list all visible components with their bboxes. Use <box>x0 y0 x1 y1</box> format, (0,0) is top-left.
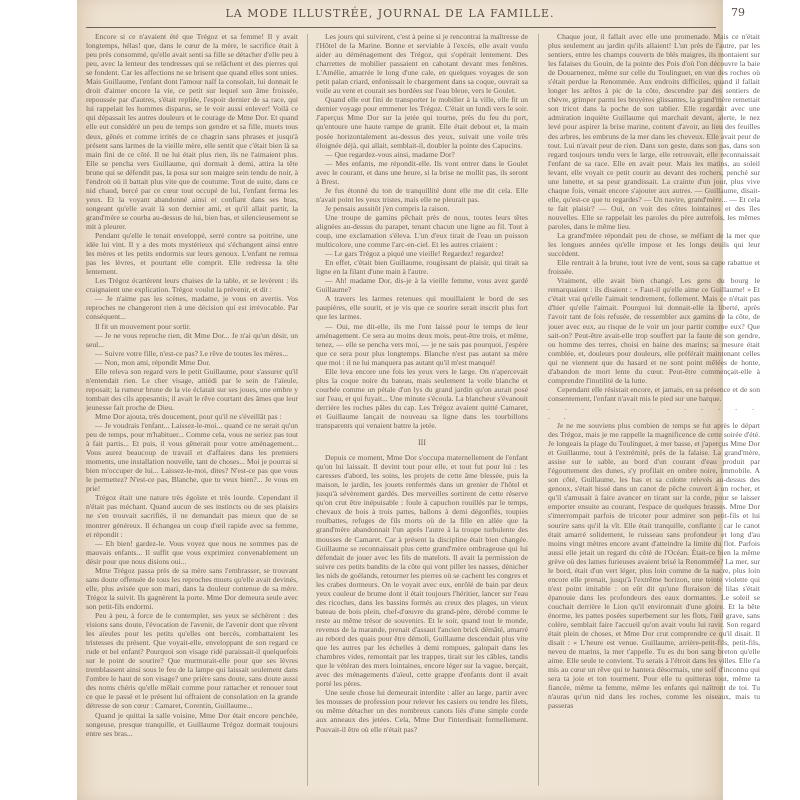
paragraph: Mme Dor ajouta, très doucement, pour qu'… <box>86 412 298 421</box>
paragraph: — Que regardez-vous ainsi, madame Dor? <box>316 150 528 159</box>
paragraph: En effet, c'était bien Guillaume, rougis… <box>316 258 528 276</box>
paragraph: Une seule chose lui demeurait interdite … <box>316 688 528 733</box>
paragraph: Pendant qu'elle le tenait enveloppé, ser… <box>86 231 298 276</box>
column-divider <box>307 34 308 786</box>
paragraph: La grand'mère répondait peu de chose, se… <box>548 231 760 258</box>
paragraph: — Je ne vous reproche rien, dit Mme Dor.… <box>86 331 298 349</box>
paragraph: — Suivre votre fille, n'est-ce pas? Le r… <box>86 349 298 358</box>
paragraph: Les jours qui suivirent, c'est à peine s… <box>316 32 528 95</box>
paragraph: — Je n'aime pas les scènes, madame, je v… <box>86 294 298 321</box>
section-heading: III <box>316 438 528 447</box>
paragraph: Je pensais aussitôt j'en compris la rais… <box>316 204 528 213</box>
paragraph: Chaque jour, il fallait avec elle une pr… <box>548 32 760 231</box>
paragraph: Peu à peu, à force de le contempler, ses… <box>86 611 298 711</box>
paragraph: — Le gars Trégoz a piqué une vieille! Re… <box>316 249 528 258</box>
paragraph: Elle leva encore une fois les yeux vers … <box>316 367 528 430</box>
paragraph: Les Trégoz écartèrent leurs chaises de l… <box>86 276 298 294</box>
header-rule <box>86 27 716 28</box>
paragraph: Je fus étonné du ton de tranquillité don… <box>316 186 528 204</box>
paragraph: Une troupe de gamins pêchait près de nou… <box>316 213 528 249</box>
paragraph: — Oui, me dit-elle, ils me l'ont laissé … <box>316 322 528 367</box>
paragraph: Depuis ce moment, Mme Dor s'occupa mater… <box>316 453 528 688</box>
paragraph: Trégoz était une nature très égoïste et … <box>86 493 298 538</box>
paragraph: Encore si ce n'avaient été que Trégoz et… <box>86 32 298 231</box>
paragraph: Quand je quittai la salle voisine, Mme D… <box>86 711 298 738</box>
text-column-1: Encore si ce n'avaient été que Trégoz et… <box>86 32 298 792</box>
page-number: 79 <box>731 6 745 19</box>
paragraph: Vraiment, elle avait bien changé. Les ge… <box>548 276 760 385</box>
paragraph: Je ne me souviens plus combien de temps … <box>548 421 760 711</box>
paragraph: — Eh bien! gardez-le. Vous voyez que nou… <box>86 539 298 566</box>
paragraph: Quand elle eut fini de transporter le mo… <box>316 95 528 149</box>
paragraph: A travers les larmes retenues qui mouill… <box>316 294 528 321</box>
column-divider <box>538 34 539 786</box>
paragraph: — Ah! madame Dor, dis-je à la vieille fe… <box>316 276 528 294</box>
paragraph: Mme Trégoz passa près de sa mère sans l'… <box>86 566 298 611</box>
paragraph: Elle releva son regard vers le petit Gui… <box>86 367 298 412</box>
paragraph: — Mes enfants, me répondit-elle. Ils von… <box>316 159 528 186</box>
page-header: LA MODE ILLUSTRÉE, JOURNAL DE LA FAMILLE… <box>90 3 690 25</box>
paragraph: — Je voudrais l'enfant... Laissez-le-moi… <box>86 421 298 493</box>
paragraph: — Non, mon ami, répondit Mme Dor. <box>86 358 298 367</box>
paragraph: . . . . . . . . . . . . . . . <box>548 403 760 421</box>
text-column-2: Les jours qui suivirent, c'est à peine s… <box>316 32 528 792</box>
paragraph: Elle rentrait à la brune, tout ivre de v… <box>548 258 760 276</box>
journal-title: LA MODE ILLUSTRÉE, JOURNAL DE LA FAMILLE… <box>90 7 690 20</box>
paragraph: Il fit un mouvement pour sortir. <box>86 322 298 331</box>
paragraph: Cependant elle résistait encore, et jama… <box>548 385 760 403</box>
text-column-3: Chaque jour, il fallait avec elle une pr… <box>548 32 760 792</box>
